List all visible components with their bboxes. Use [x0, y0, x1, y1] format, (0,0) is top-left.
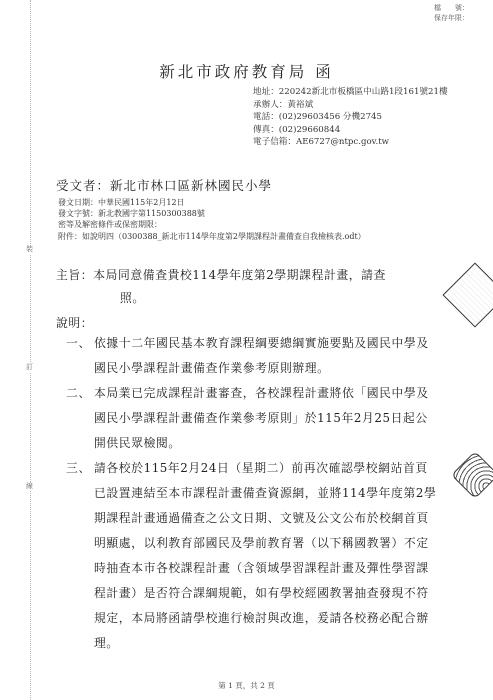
subject-label: 主旨：	[56, 268, 93, 282]
item-number: 一、	[66, 331, 91, 356]
explanation-item-2: 二、 本局業已完成課程計畫審查，各校課程計畫將依「國民中學及國民小學課程計畫備查…	[66, 381, 438, 456]
number-line: 發文字號：新北教國字第1150300388號	[58, 208, 366, 219]
item-number: 三、	[66, 456, 91, 481]
fax-line: 傳真：(02)29660844	[253, 124, 478, 137]
binding-mark-xian: 線	[26, 482, 33, 491]
sender-info: 地址：220242新北市板橋區中山路1段161號21樓 承辦人：黃裕斌 電話：(…	[253, 86, 478, 149]
address-line: 地址：220242新北市板橋區中山路1段161號21樓	[253, 86, 478, 99]
document-title: 新北市政府教育局 函	[0, 60, 493, 82]
explanation-item-3: 三、 請各校於115年2月24日（星期二）前再次確認學校網站首頁已設置連結至本市…	[66, 456, 438, 656]
file-number-label: 檔 號：	[434, 3, 469, 13]
subject-line-2: 照。	[56, 287, 456, 310]
item-text: 請各校於115年2月24日（星期二）前再次確認學校網站首頁已設置連結至本市課程計…	[94, 461, 436, 650]
email-line: 電子信箱：AE6727@ntpc.gov.tw	[253, 136, 478, 149]
dispatch-meta: 發文日期：中華民國115年2月12日 發文字號：新北教國字第1150300388…	[58, 197, 366, 242]
email-value: AE6727@ntpc.gov.tw	[296, 137, 389, 147]
retention-label: 保存年限：	[434, 13, 469, 23]
phone-value: (02)29603456 分機2745	[279, 112, 382, 122]
date-value: 中華民國115年2月12日	[98, 198, 185, 207]
attachment-line: 附件：如說明四（0300388_新北市114學年度第2學期課程計畫備查自我檢核表…	[58, 231, 366, 242]
attachment-value: 如說明四（0300388_新北市114學年度第2學期課程計畫備查自我檢核表.od…	[82, 232, 366, 241]
seal-stamp-fragment-icon	[451, 451, 493, 499]
page-footer: 第 1 頁，共 2 頁	[0, 680, 493, 691]
fax-value: (02)29660844	[279, 125, 340, 135]
binding-mark-ding: 訂	[26, 363, 33, 372]
explanation-item-1: 一、 依據十二年國民基本教育課程綱要總綱實施要點及國民中學及國民小學課程計畫備查…	[66, 331, 438, 381]
recipient-line: 受文者：新北市林口區新林國民小學	[56, 176, 272, 194]
subject-section: 主旨：本局同意備查貴校114學年度第2學期課程計畫，請查 照。	[56, 264, 456, 310]
explanation-items: 一、 依據十二年國民基本教育課程綱要總綱實施要點及國民中學及國民小學課程計畫備查…	[66, 331, 438, 656]
recipient-value: 新北市林口區新林國民小學	[110, 178, 272, 193]
phone-line: 電話：(02)29603456 分機2745	[253, 111, 478, 124]
file-meta: 檔 號： 保存年限：	[434, 3, 469, 23]
contact-value: 黃裕斌	[287, 100, 313, 110]
item-text: 依據十二年國民基本教育課程綱要總綱實施要點及國民中學及國民小學課程計畫備查作業參…	[94, 336, 429, 375]
recipient-label: 受文者：	[56, 178, 110, 193]
security-line: 密等及解密條件或保密期限：	[58, 219, 366, 230]
number-value: 新北教國字第1150300388號	[98, 209, 205, 218]
binding-line	[30, 0, 31, 700]
explanation-label: 說明：	[56, 314, 93, 331]
subject-line-1: 本局同意備查貴校114學年度第2學期課程計畫，請查	[93, 268, 386, 282]
contact-line: 承辦人：黃裕斌	[253, 99, 478, 112]
item-number: 二、	[66, 381, 91, 406]
binding-mark-zhuang: 裝	[26, 245, 33, 254]
item-text: 本局業已完成課程計畫審查，各校課程計畫將依「國民中學及國民小學課程計畫備查作業參…	[94, 386, 429, 450]
address-value: 220242新北市板橋區中山路1段161號21樓	[279, 87, 448, 97]
date-line: 發文日期：中華民國115年2月12日	[58, 197, 366, 208]
